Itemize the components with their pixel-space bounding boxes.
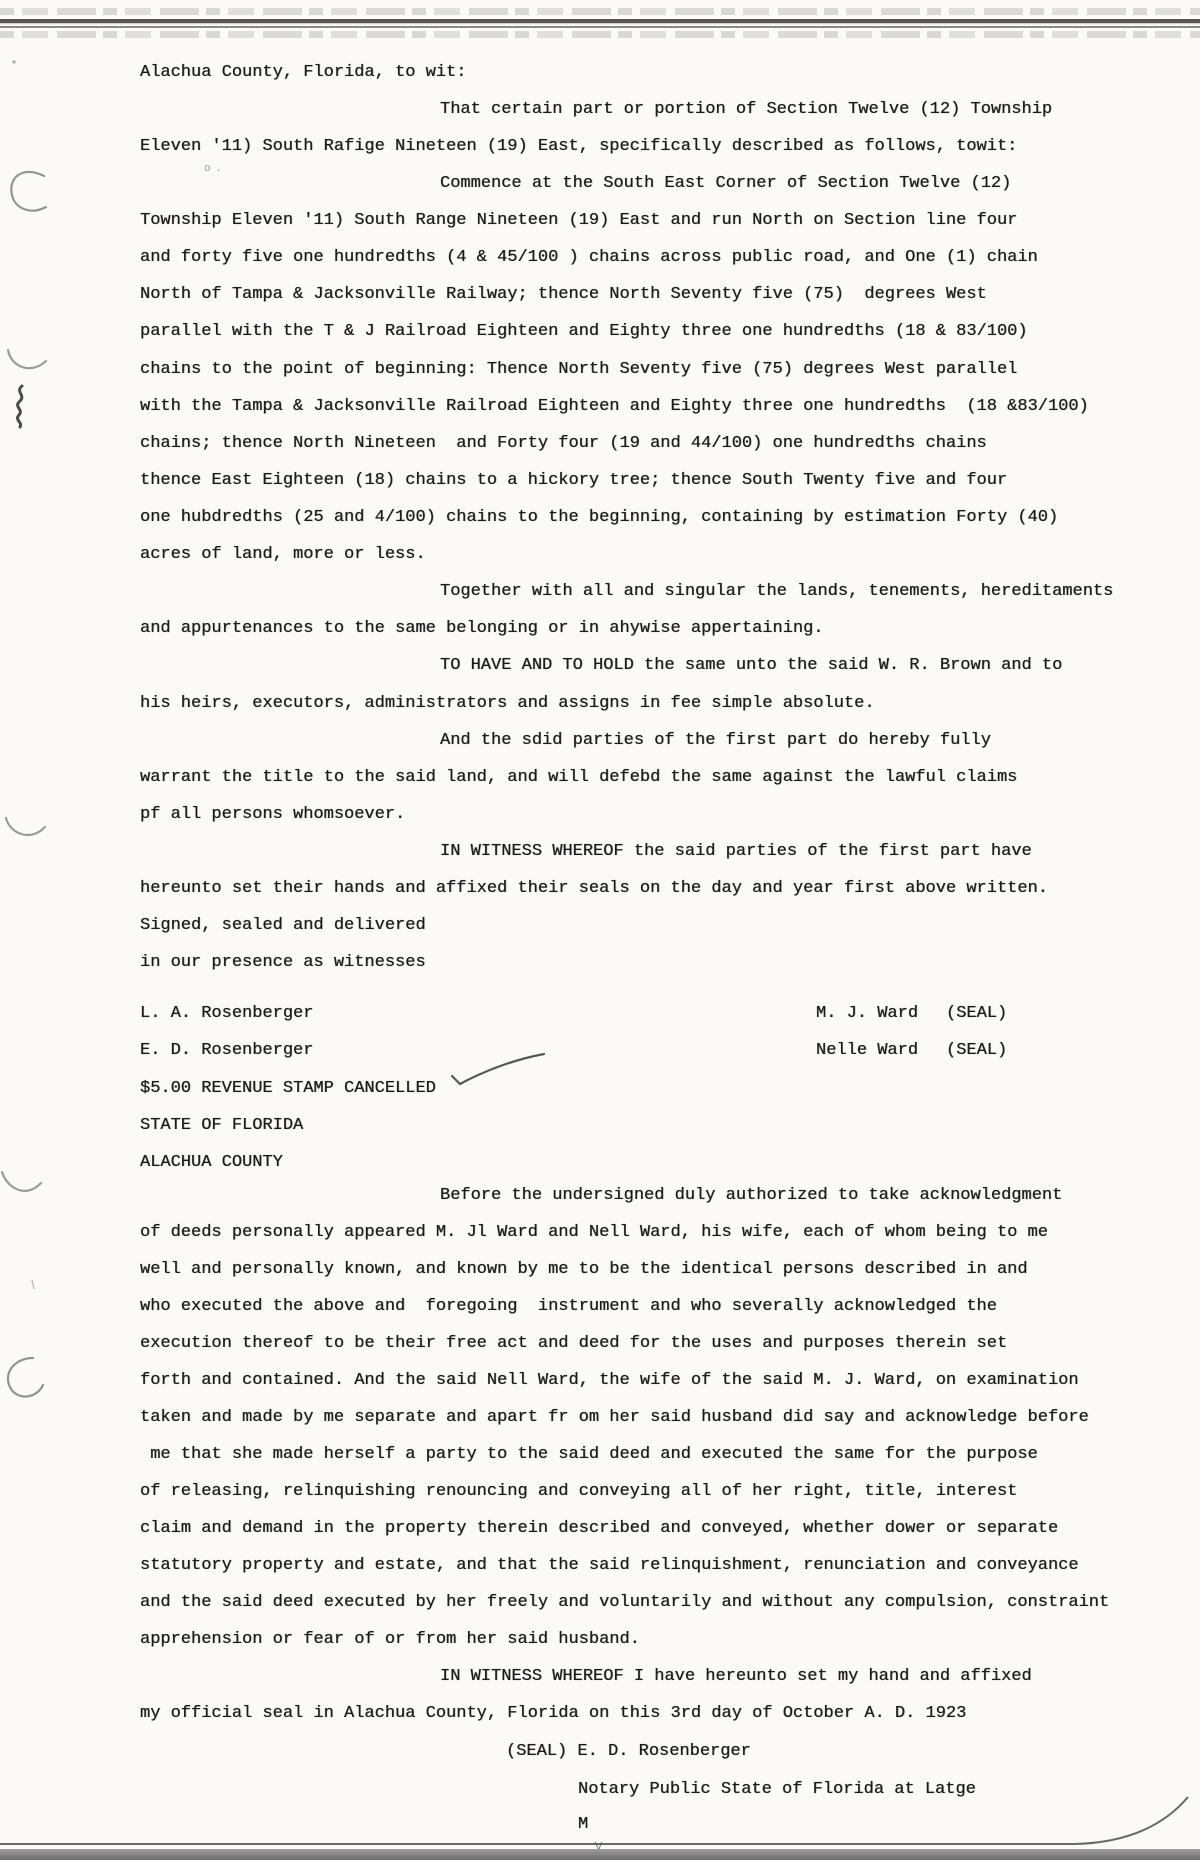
scan-mid-line xyxy=(0,26,1200,28)
witness-name: L. A. Rosenberger xyxy=(140,1003,313,1025)
deed-line: with the Tampa & Jacksonville Railroad E… xyxy=(140,396,1089,418)
overtype-fragment: o . xyxy=(204,158,221,180)
seal-label: (SEAL) xyxy=(946,1040,1007,1062)
speck xyxy=(12,60,15,63)
deed-line: pf all persons whomsoever. xyxy=(140,804,405,826)
ack-line: forth and contained. And the said Nell W… xyxy=(140,1370,1079,1392)
witness-clause-line: IN WITNESS WHEREOF the said parties of t… xyxy=(440,841,1032,863)
deed-line: Eleven '11) South Rafige Nineteen (19) E… xyxy=(140,136,1017,158)
state-heading: STATE OF FLORIDA xyxy=(140,1115,303,1137)
deed-line: in our presence as witnesses xyxy=(140,952,426,974)
binder-curve-mark xyxy=(8,350,46,368)
deed-line: and forty five one hundredths (4 & 45/10… xyxy=(140,247,1038,269)
notary-seal-signature: (SEAL) E. D. Rosenberger xyxy=(506,1741,751,1763)
binder-curve-mark xyxy=(6,818,45,835)
grantor-signature: M. J. Ward xyxy=(816,1003,918,1025)
deed-line: Commence at the South East Corner of Sec… xyxy=(440,173,1011,195)
ack-line: who executed the above and foregoing ins… xyxy=(140,1296,997,1318)
scan-artifact-bottom-band xyxy=(0,1849,1200,1860)
grantor-signature: Nelle Ward xyxy=(816,1040,918,1062)
ack-line: taken and made by me separate and apart … xyxy=(140,1407,1089,1429)
deed-line: one hubdredths (25 and 4/100) chains to … xyxy=(140,507,1058,529)
witness-name: E. D. Rosenberger xyxy=(140,1040,313,1062)
deed-line: That certain part or portion of Section … xyxy=(440,99,1052,121)
deed-line: Signed, sealed and delivered xyxy=(140,915,426,937)
deed-line: chains; thence North Nineteen and Forty … xyxy=(140,433,987,455)
ack-line: apprehension or fear of or from her said… xyxy=(140,1629,640,1651)
deed-line: hereunto set their hands and affixed the… xyxy=(140,878,1048,900)
habendum-line: TO HAVE AND TO HOLD the same unto the sa… xyxy=(440,655,1062,677)
notary-title: Notary Public State of Florida at Latge xyxy=(578,1779,976,1801)
pen-checkmark xyxy=(444,1048,554,1092)
ack-line: execution thereof to be their free act a… xyxy=(140,1333,1007,1355)
scan-noise-strip xyxy=(0,31,1200,38)
deed-line: Together with all and singular the lands… xyxy=(440,581,1113,603)
ack-line: claim and demand in the property therein… xyxy=(140,1518,1058,1540)
seal-label: (SEAL) xyxy=(946,1003,1007,1025)
stray-character-m: M xyxy=(578,1814,588,1836)
deed-line: warrant the title to the said land, and … xyxy=(140,767,1017,789)
speck xyxy=(32,1280,34,1289)
notary-witness-clause: IN WITNESS WHEREOF I have hereunto set m… xyxy=(440,1666,1032,1688)
ink-squiggle-mark xyxy=(17,386,22,427)
notary-date-line: my official seal in Alachua County, Flor… xyxy=(140,1703,966,1725)
warranty-line: And the sdid parties of the first part d… xyxy=(440,730,991,752)
deed-line: North of Tampa & Jacksonville Railway; t… xyxy=(140,284,987,306)
scan-noise-strip xyxy=(0,8,1200,15)
ack-line: and the said deed executed by her freely… xyxy=(140,1592,1109,1614)
revenue-stamp-line: $5.00 REVENUE STAMP CANCELLED xyxy=(140,1078,436,1100)
ack-line: well and personally known, and known by … xyxy=(140,1259,1028,1281)
binder-curve-mark xyxy=(2,1172,41,1191)
deed-line: thence East Eighteen (18) chains to a hi… xyxy=(140,470,1007,492)
deed-line: parallel with the T & J Railroad Eightee… xyxy=(140,321,1028,343)
ack-line: me that she made herself a party to the … xyxy=(140,1444,1038,1466)
ack-line: of deeds personally appeared M. Jl Ward … xyxy=(140,1222,1048,1244)
deed-line: his heirs, executors, administrators and… xyxy=(140,693,875,715)
county-heading: ALACHUA COUNTY xyxy=(140,1152,283,1174)
ack-line: Before the undersigned duly authorized t… xyxy=(440,1185,1062,1207)
deed-line: Township Eleven '11) South Range Ninetee… xyxy=(140,210,1017,232)
deed-line: acres of land, more or less. xyxy=(140,544,426,566)
county-state-heading: Alachua County, Florida, to wit: xyxy=(140,62,466,84)
deed-line: and appurtenances to the same belonging … xyxy=(140,618,824,640)
ack-line: of releasing, relinquishing renouncing a… xyxy=(140,1481,1017,1503)
binder-curve-mark xyxy=(8,1358,43,1397)
deed-line: chains to the point of beginning: Thence… xyxy=(140,359,1017,381)
ack-line: statutory property and estate, and that … xyxy=(140,1555,1079,1577)
scan-dark-line xyxy=(0,19,1200,23)
binder-curve-mark xyxy=(11,172,46,211)
scanned-deed-page: Alachua County, Florida, to wit: That ce… xyxy=(0,0,1200,1860)
